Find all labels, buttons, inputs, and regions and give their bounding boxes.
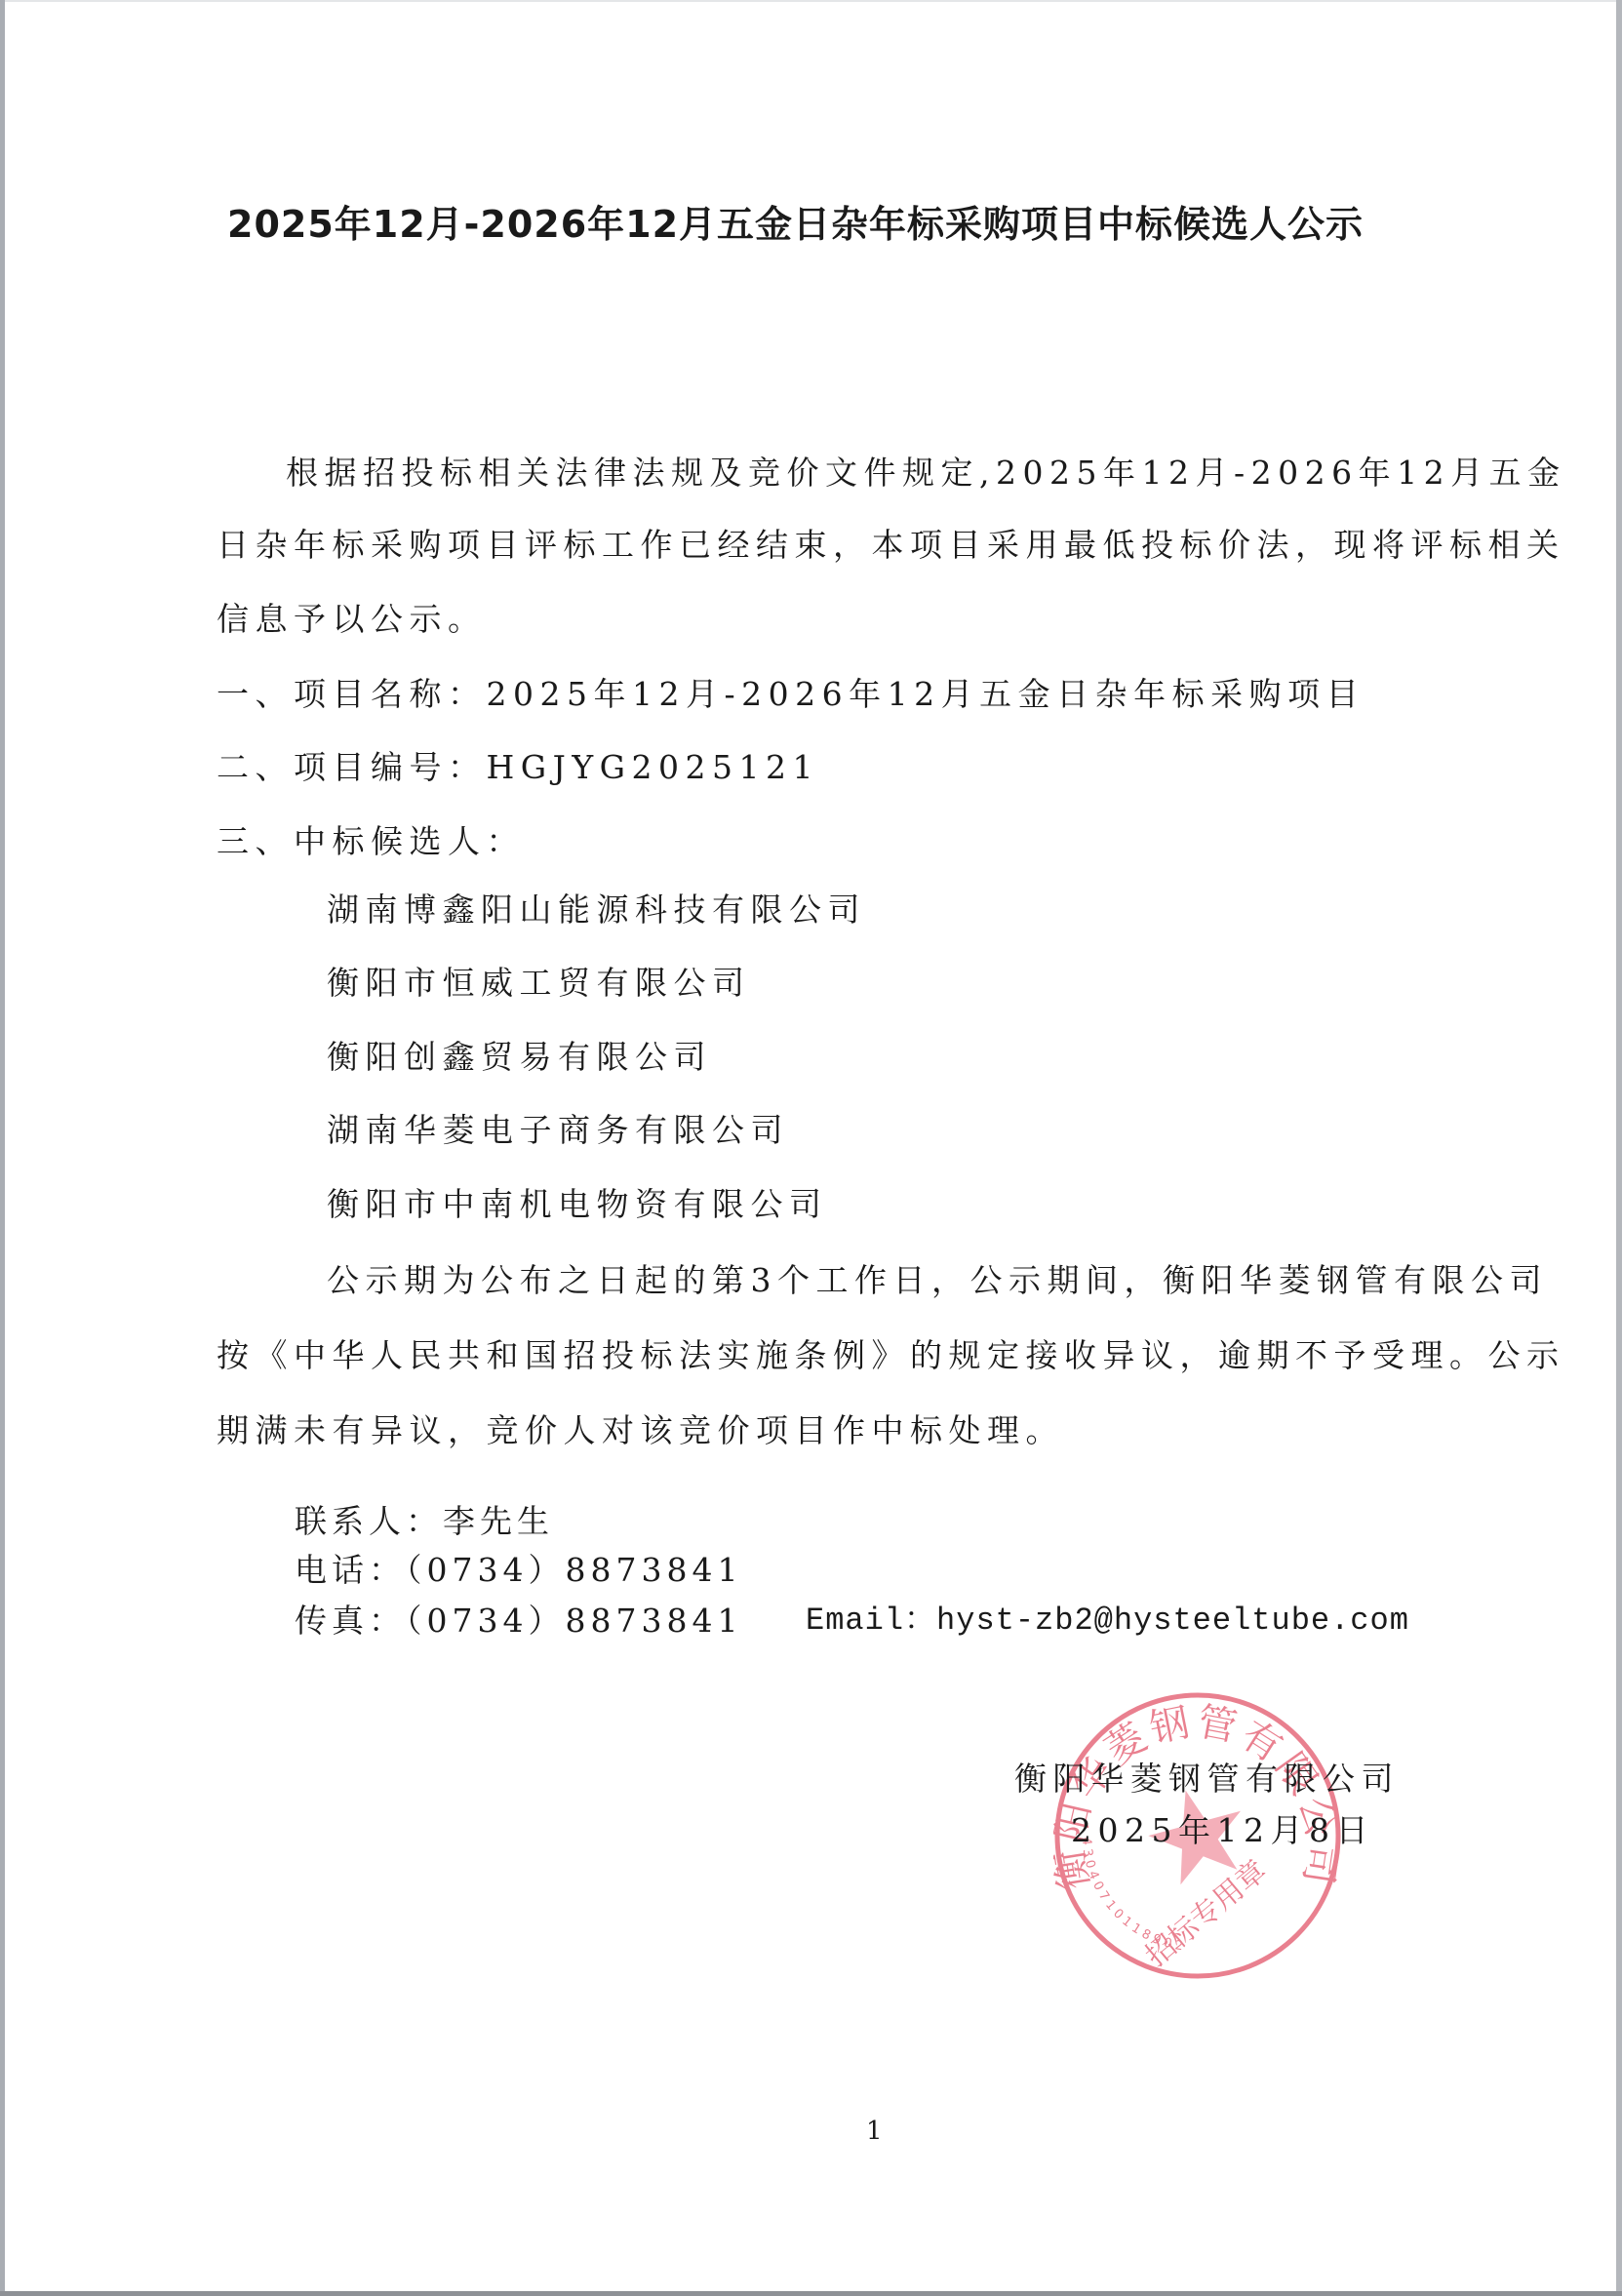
contact-person-label: 联系人：: [295, 1502, 443, 1540]
intro-line-1: 根据招投标相关法律法规及竞价文件规定,2025年12月-2026年12月五金: [286, 452, 1566, 495]
project-name-value: 2025年12月-2026年12月五金日杂年标采购项目: [487, 675, 1365, 713]
section-project-name: 一、项目名称：2025年12月-2026年12月五金日杂年标采购项目: [217, 673, 1365, 716]
candidate-item: 衡阳创鑫贸易有限公司: [327, 1036, 712, 1079]
contact-phone: 电话：（0734）8873841: [295, 1549, 742, 1592]
contact-fax-label: 传真：: [295, 1602, 406, 1640]
seal-purpose: 招标专用章: [1139, 1853, 1273, 1973]
section-label: 二、项目编号：: [217, 748, 487, 786]
project-number-value: HGJYG2025121: [487, 748, 819, 786]
document-title: 2025年12月-2026年12月五金日杂年标采购项目中标候选人公示: [227, 195, 1495, 254]
candidate-item: 湖南博鑫阳山能源科技有限公司: [327, 889, 866, 931]
candidate-item: 衡阳市中南机电物资有限公司: [327, 1183, 828, 1226]
section-project-number: 二、项目编号：HGJYG2025121: [217, 746, 819, 789]
notice-line-3: 期满未有异议，竞价人对该竞价项目作中标处理。: [217, 1409, 1064, 1452]
document-page: 2025年12月-2026年12月五金日杂年标采购项目中标候选人公示 根据招投标…: [0, 0, 1622, 2296]
intro-line-2: 日杂年标采购项目评标工作已经结束，本项目采用最低投标价法，现将评标相关: [217, 524, 1565, 567]
candidate-item: 衡阳市恒威工贸有限公司: [327, 962, 751, 1005]
signature-company: 衡阳华菱钢管有限公司: [1014, 1758, 1400, 1801]
contact-email: Email：hyst-zb2@hysteeltube.com: [806, 1600, 1409, 1643]
contact-phone-value: （0734）8873841: [406, 1551, 742, 1589]
contact-person-value: 李先生: [443, 1502, 554, 1540]
page-number: 1: [866, 2117, 883, 2146]
contact-phone-label: 电话：: [295, 1551, 406, 1589]
section-candidates: 三、中标候选人：: [217, 820, 525, 863]
notice-line-1: 公示期为公布之日起的第3个工作日，公示期间，衡阳华菱钢管有限公司: [327, 1259, 1548, 1302]
contact-email-value[interactable]: hyst-zb2@hysteeltube.com: [936, 1603, 1409, 1639]
contact-email-label: Email：: [806, 1603, 936, 1639]
notice-line-2: 按《中华人民共和国招投标法实施条例》的规定接收异议，逾期不予受理。公示: [217, 1334, 1565, 1377]
candidate-item: 湖南华菱电子商务有限公司: [327, 1109, 789, 1152]
signature-date: 2025年12月8日: [1071, 1809, 1374, 1852]
contact-person: 联系人：李先生: [295, 1500, 554, 1543]
section-label: 一、项目名称：: [217, 675, 487, 713]
section-label: 三、中标候选人：: [217, 822, 525, 860]
intro-line-3: 信息予以公示。: [217, 598, 487, 641]
contact-fax-value: （0734）8873841: [406, 1602, 742, 1640]
contact-fax: 传真：（0734）8873841: [295, 1600, 742, 1643]
